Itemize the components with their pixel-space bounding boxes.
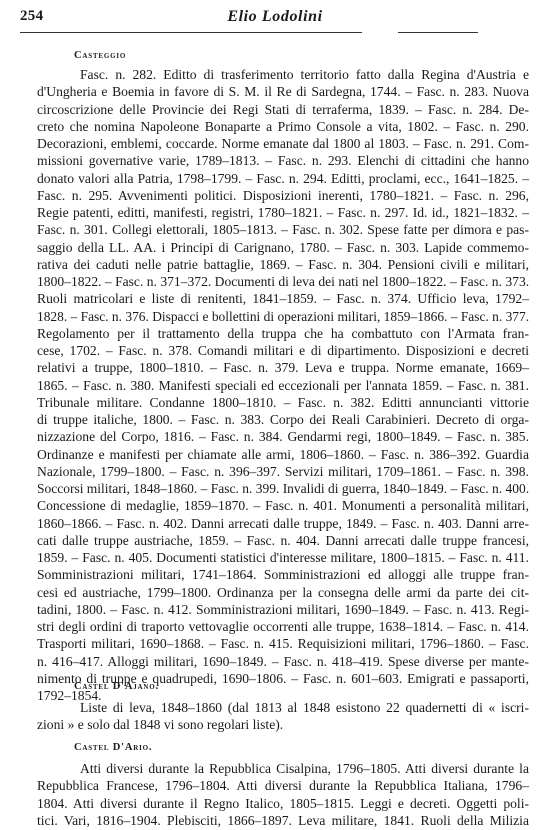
text-line: Fasc. n. 301. Collegi elettorali, 1805–1… — [37, 221, 529, 238]
text-line: 1859. – Fasc. n. 405. Documenti statisti… — [37, 549, 529, 566]
text-line: Somministrazioni militari, 1741–1864. So… — [37, 566, 529, 583]
section-body-castel-dajano: Liste di leva, 1848–1860 (dal 1813 al 18… — [37, 699, 529, 734]
text-line: nizzazione del Corpo, 1816. – Fasc. n. 3… — [37, 428, 529, 445]
text-line: Fasc. n. 282. Editto di trasferimento te… — [37, 66, 529, 83]
text-line: cati dalle truppe austriache, 1859. – Fa… — [37, 532, 529, 549]
text-line: Regie patenti, editti, manifesti, regist… — [37, 204, 529, 221]
header-rule — [20, 32, 362, 33]
text-line: Repubblica Francese, 1796–1804. Atti div… — [37, 777, 529, 794]
text-line: Regolamento per il trattamento della tru… — [37, 325, 529, 342]
text-line: Ordinanze e manifesti per chiamate alle … — [37, 446, 529, 463]
text-line: di truppe italiche, 1800. – Fasc. n. 383… — [37, 411, 529, 428]
text-line: Decorazioni, emblemi, coccarde. Norme em… — [37, 135, 529, 152]
text-line: saggio della LL. AA. i Principi di Carig… — [37, 239, 529, 256]
text-line: Nazionale, 1799–1800. – Fasc. n. 396–397… — [37, 463, 529, 480]
text-line: Liste di leva, 1848–1860 (dal 1813 al 18… — [37, 699, 529, 716]
text-line: Fasc. n. 295. Avvenimenti politici. Disp… — [37, 187, 529, 204]
text-line: relativi a truppe, 1800–1810. – Fasc. n.… — [37, 359, 529, 376]
text-line: missioni governative varie, 1789–1813. –… — [37, 152, 529, 169]
text-line: creto che nomina Napoleone Bonaparte a P… — [37, 118, 529, 135]
text-line: donato valori alla Patria, 1798–1799. – … — [37, 170, 529, 187]
text-line: 1800–1822. – Fasc. n. 371–372. Documenti… — [37, 273, 529, 290]
section-heading-casteggio: Casteggio — [74, 50, 126, 61]
text-line: stri degli ordini di traporto vettovagli… — [37, 618, 529, 635]
text-line: Concessione di medaglie, 1859–1870. – Fa… — [37, 497, 529, 514]
text-line: rativa dei caduti nelle patrie battaglie… — [37, 256, 529, 273]
text-line: 1804. Atti diversi durante il Regno Ital… — [37, 795, 529, 812]
text-line: n. 416–417. Alloggi militari, 1690–1849.… — [37, 653, 529, 670]
text-line: Ruoli matricolari e liste di renitenti, … — [37, 290, 529, 307]
text-line: 1860–1866. – Fasc. n. 402. Danni arrecat… — [37, 515, 529, 532]
text-line: Soccorsi militari, 1848–1860. – Fasc. n.… — [37, 480, 529, 497]
text-line: cesi ed austriache, 1799–1800. Ordinanza… — [37, 584, 529, 601]
text-line: d'Ungheria e Boemia in favore di S. M. i… — [37, 83, 529, 100]
section-heading-castel-dajano: Castel D'Ajano. — [74, 681, 159, 692]
text-line: Tribunale militare. Condanne 1800–1810. … — [37, 394, 529, 411]
text-line: tici. Vari, 1816–1904. Plebisciti, 1866–… — [37, 812, 529, 829]
document-page: 254 Elio Lodolini Casteggio Fasc. n. 282… — [0, 0, 550, 830]
section-body-casteggio: Fasc. n. 282. Editto di trasferimento te… — [37, 66, 529, 704]
text-line: 1865. – Fasc. n. 380. Manifesti speciali… — [37, 377, 529, 394]
header-rule-right — [398, 32, 478, 33]
section-heading-castel-dario: Castel D'Ario. — [74, 742, 152, 753]
section-body-castel-dario: Atti diversi durante la Repubblica Cisal… — [37, 760, 529, 829]
text-line: Trasporti militari, 1690–1868. – Fasc. n… — [37, 635, 529, 652]
text-line: zioni » e solo dal 1848 vi sono regolari… — [37, 716, 529, 733]
text-line: Atti diversi durante la Repubblica Cisal… — [37, 760, 529, 777]
text-line: tadini, 1800. – Fasc. n. 412. Somministr… — [37, 601, 529, 618]
running-head: Elio Lodolini — [20, 8, 530, 26]
text-line: 1828. – Fasc. n. 376. Dispacci e bollett… — [37, 308, 529, 325]
text-line: cese, 1702. – Fasc. n. 378. Comandi mili… — [37, 342, 529, 359]
text-line: circoscrizione delle Provincie dei Regi … — [37, 101, 529, 118]
page-header: 254 Elio Lodolini — [20, 6, 530, 32]
